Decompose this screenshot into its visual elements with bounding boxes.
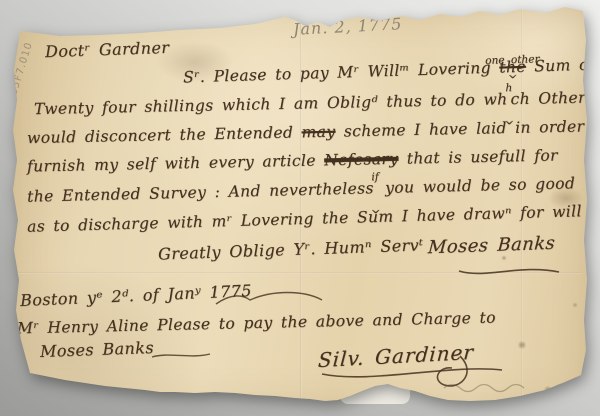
letter-line-4: furnish my self with every article Nefes… — [27, 146, 558, 175]
horizontal-fold-crease — [18, 272, 582, 274]
pay-order-line-1: Mʳ Henry Aline Please to pay the above a… — [17, 309, 496, 338]
struck-word-nefesary: Nefesary — [324, 150, 399, 170]
signature-moses-banks: Moses Banks — [427, 233, 556, 259]
line4-text-end: that is usefull for — [398, 146, 558, 167]
line2-text: Twenty four shillings which I am Obligᵈ … — [34, 90, 508, 118]
letter-line-2: Twenty four shillings which I am Obligᵈ … — [34, 88, 600, 118]
manuscript-paper: Lo-B5F7.010 Jan. 2, 1775 Doctʳ Gardner S… — [0, 0, 600, 416]
line5-text: the Entended Survey : And nevertheless — [27, 179, 374, 205]
salutation: Doctʳ Gardner — [45, 38, 170, 61]
struck-word-may: may — [301, 123, 335, 142]
line5-text-end: you would be so good — [377, 174, 576, 197]
letter-line-5: the Entended Survey : And neverthelessif… — [27, 174, 576, 205]
scan-backdrop: Lo-B5F7.010 Jan. 2, 1775 Doctʳ Gardner S… — [0, 0, 600, 416]
catalog-mark: Lo-B5F7.010 — [1, 33, 38, 122]
line3-text: would disconcert the Entended — [27, 123, 302, 147]
dateline-boston: Boston yᵉ 2ᵈ. of Janʸ 1775 — [20, 281, 253, 310]
insertion-one-other: one other — [485, 54, 540, 68]
pencil-date-annotation: Jan. 2, 1775 — [293, 14, 403, 39]
correction-the: one otherthe^ — [499, 58, 526, 77]
closing-line: Greatly Oblige Yʳ. Humⁿ Servᵗ — [158, 235, 424, 263]
letter-line-3: would disconcert the Entended may scheme… — [27, 117, 600, 147]
faint-ink-fragment — [440, 376, 580, 396]
insertion-h: h — [505, 82, 512, 94]
letter-line-1: Sʳ. Please to pay Mʳ Willᵐ Lovering one … — [183, 56, 595, 87]
letter-line-6: as to discharge with mʳ Lovering the Sum… — [27, 202, 582, 235]
line4-text: furnish my self with every article — [27, 151, 325, 175]
caret-mark: ^ — [508, 67, 519, 79]
pay-order-line-2: Moses Banks — [40, 338, 154, 361]
order-dash-flourish — [150, 350, 214, 362]
insertion-if: if — [371, 171, 379, 183]
line1-text: Sʳ. Please to pay Mʳ Willᵐ Lovering — [183, 59, 500, 87]
signature-flourish — [455, 262, 565, 280]
signature-silv-gardiner: Silv. Gardiner — [317, 340, 475, 372]
paper-shadow: Lo-B5F7.010 Jan. 2, 1775 Doctʳ Gardner S… — [0, 0, 600, 416]
line3-text-end: scheme I have laid in order to — [335, 117, 600, 141]
line2-text-end: ch Otherwise — [510, 88, 600, 108]
